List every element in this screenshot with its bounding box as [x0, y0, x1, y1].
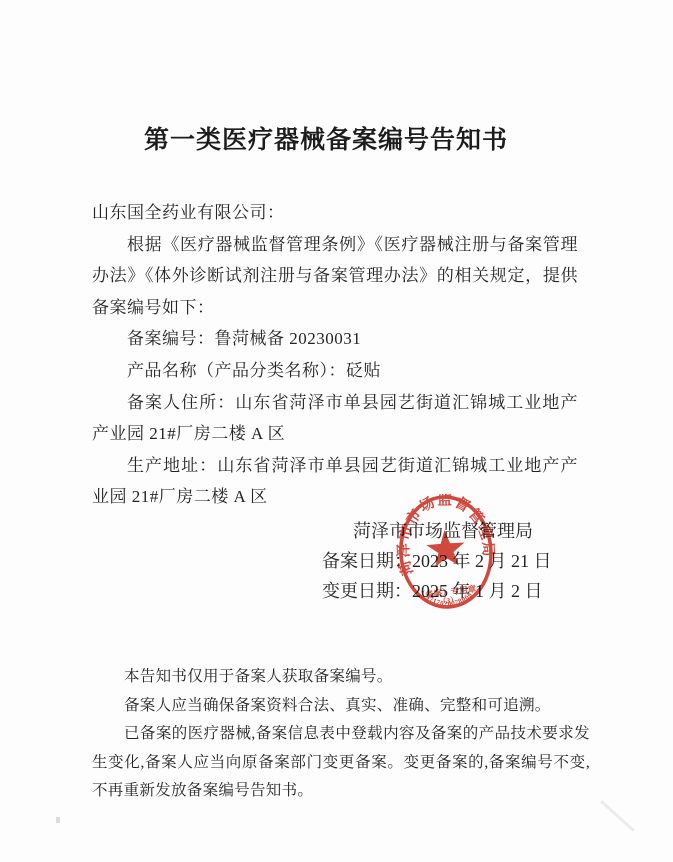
document-body: 山东国全药业有限公司： 根据《医疗器械监督管理条例》《医疗器械注册与备案管理办法… — [92, 197, 578, 513]
seal-star-icon — [425, 529, 465, 568]
scan-artifact-mark — [600, 800, 635, 832]
field-label: 备案人住所： — [127, 393, 235, 412]
scanned-document-page: 第一类医疗器械备案编号告知书 山东国全药业有限公司： 根据《医疗器械监督管理条例… — [0, 0, 673, 862]
field-registrant-address: 备案人住所：山东省菏泽市单县园艺街道汇锦城工业地产产业园 21#厂房二楼 A 区 — [92, 387, 578, 450]
scan-speck — [56, 817, 60, 823]
notes-block: 本告知书仅用于备案人获取备案编号。 备案人应当确保备案资料合法、真实、准确、完整… — [92, 663, 590, 806]
field-record-number: 备案编号：鲁菏械备 20230031 — [92, 323, 578, 355]
field-label: 生产地址： — [127, 456, 217, 475]
field-product-name: 产品名称（产品分类名称）：砭贴 — [92, 355, 578, 387]
field-value: 鲁菏械备 20230031 — [215, 329, 362, 348]
intro-paragraph: 根据《医疗器械监督管理条例》《医疗器械注册与备案管理办法》《体外诊断试剂注册与备… — [92, 229, 578, 324]
recipient-line: 山东国全药业有限公司： — [92, 197, 578, 229]
field-value: 砭贴 — [346, 361, 381, 380]
note-line-2: 备案人应当确保备案资料合法、真实、准确、完整和可追溯。 — [92, 692, 590, 721]
field-label: 产品名称（产品分类名称）： — [127, 361, 346, 380]
document-title: 第一类医疗器械备案编号告知书 — [0, 120, 652, 156]
field-label: 备案编号： — [127, 329, 215, 348]
official-seal-stamp: 菏泽市市场监督管理局 （备案）专用章 （3） 3717020078066 — [392, 491, 500, 616]
note-line-1: 本告知书仅用于备案人获取备案编号。 — [92, 663, 590, 692]
field-production-address: 生产地址：山东省菏泽市单县园艺街道汇锦城工业地产产业园 21#厂房二楼 A 区 — [92, 450, 578, 513]
note-line-3: 已备案的医疗器械,备案信息表中登载内容及备案的产品技术要求发生变化,备案人应当向… — [92, 720, 590, 806]
